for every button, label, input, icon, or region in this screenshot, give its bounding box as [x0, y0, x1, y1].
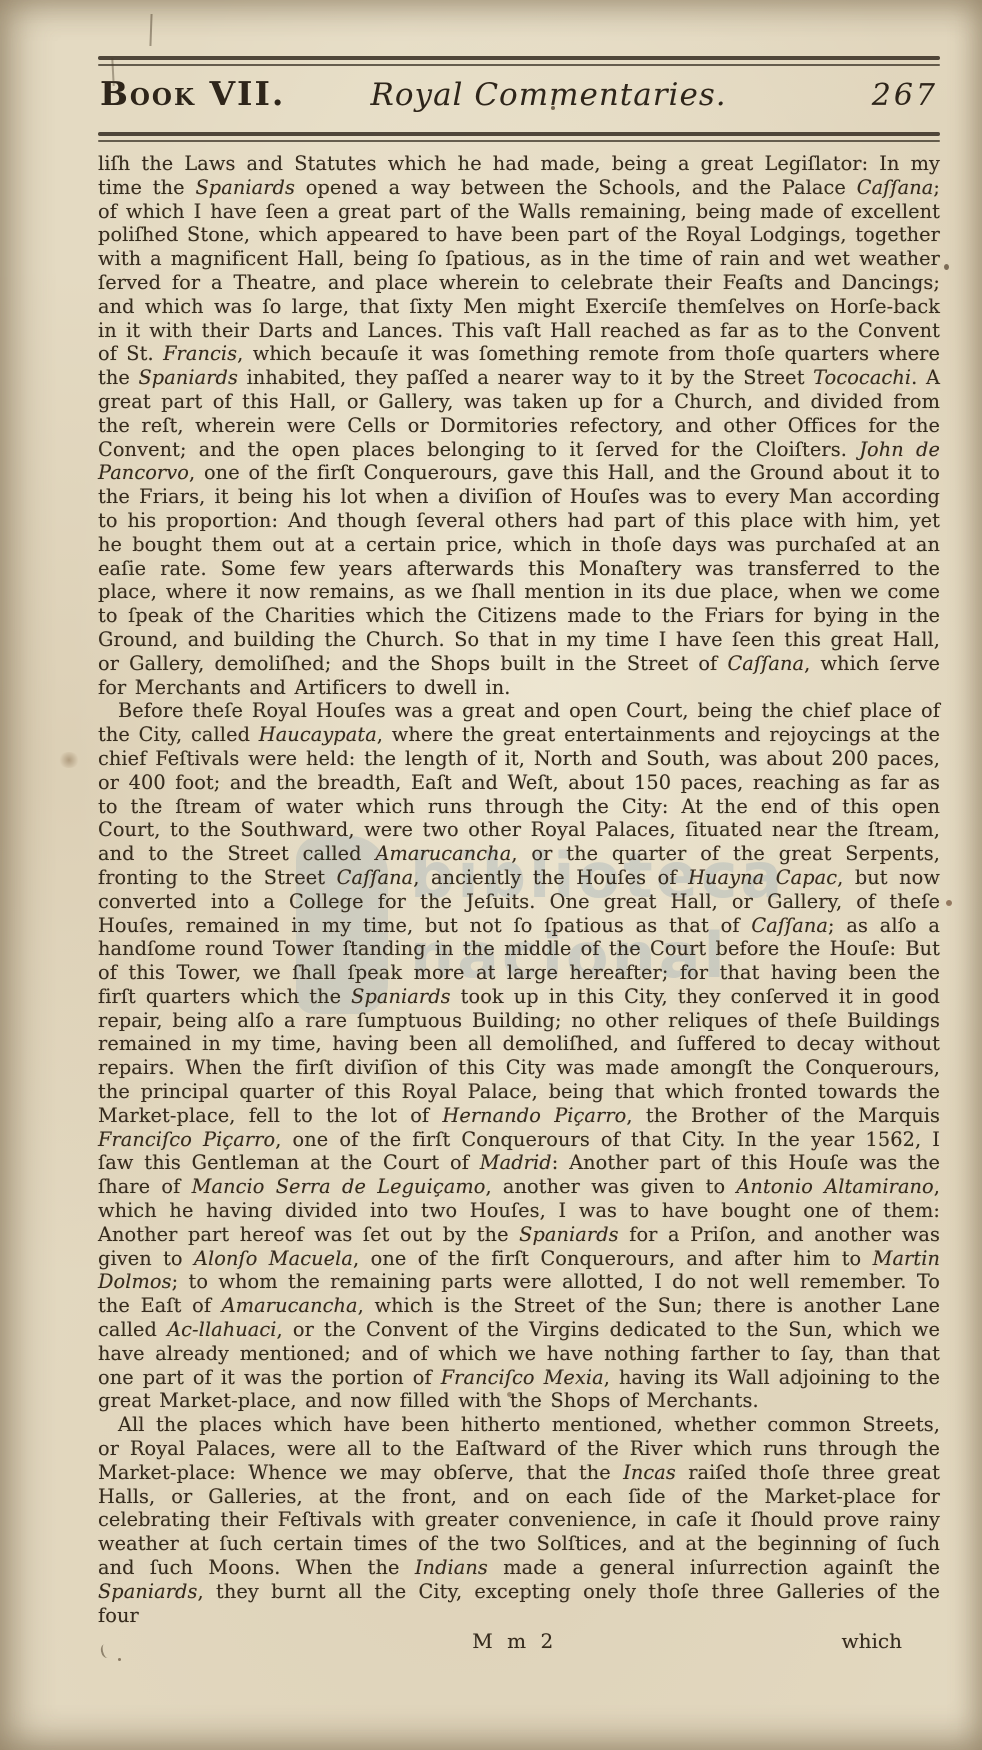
italic-text: Francis: [163, 342, 237, 365]
body-text-run: , anciently the Houſes of: [413, 866, 688, 889]
body-text-run: made a general inſurrection againſt the: [488, 1556, 940, 1579]
book-page: biblioteca nacional Book VII. Royal Comm…: [0, 0, 982, 1750]
body-text-run: , another was given to: [485, 1175, 736, 1198]
stray-mark: [149, 14, 152, 46]
body-text-run: , one of the firſt Conquerours, gave thi…: [98, 461, 940, 674]
page-number: 267: [872, 78, 938, 113]
italic-text: Incas: [623, 1461, 676, 1484]
ink-stain: [58, 752, 80, 768]
paragraph: liſh the Laws and Statutes which he had …: [98, 152, 940, 699]
italic-text: Caſſana: [751, 914, 828, 937]
italic-text: Franciſco Piçarro: [98, 1128, 275, 1151]
body-text-run: ; of which I have ſeen a great part of t…: [98, 176, 940, 366]
running-header: Book VII. Royal Commentaries. 267: [98, 66, 940, 132]
running-title: Royal Commentaries.: [285, 77, 871, 113]
italic-text: Alonſo Macuela: [194, 1247, 353, 1270]
header-bottom-rule-thick: [98, 132, 940, 136]
paper-speck: [946, 900, 952, 906]
italic-text: Mancio Serra de Leguiçamo: [192, 1175, 486, 1198]
italic-text: Madrid: [480, 1151, 552, 1174]
top-rule-thin: [98, 64, 940, 66]
text-block: Book VII. Royal Commentaries. 267 liſh t…: [98, 56, 940, 1659]
italic-text: Spaniards: [139, 366, 238, 389]
italic-text: Caſſana: [337, 866, 414, 889]
body-text-run: , they burnt all the City, excepting one…: [98, 1580, 940, 1627]
body-text: liſh the Laws and Statutes which he had …: [98, 152, 940, 1627]
italic-text: Indians: [415, 1556, 488, 1579]
italic-text: Spaniards: [195, 176, 294, 199]
page-footer: M m 2 which: [98, 1629, 940, 1659]
italic-text: Huayna Capac: [688, 866, 837, 889]
italic-text: Hernando Piçarro: [442, 1104, 626, 1127]
italic-text: Caſſana: [727, 652, 804, 675]
body-text-run: , one of the firſt Conquerours, and afte…: [353, 1247, 873, 1270]
top-rule-thick: [98, 56, 940, 60]
body-text-run: , the Brother of the Marquis: [626, 1104, 940, 1127]
italic-text: Ac-llahuaci: [167, 1318, 276, 1341]
italic-text: Tococachi: [813, 366, 911, 389]
italic-text: Caſſana: [857, 176, 934, 199]
catchword: which: [842, 1629, 902, 1653]
body-text-run: opened a way between the Schools, and th…: [295, 176, 857, 199]
body-text-run: inhabited, they paſſed a nearer way to i…: [238, 366, 813, 389]
italic-text: Spaniards: [351, 985, 450, 1008]
italic-text: Antonio Altamirano: [736, 1175, 933, 1198]
signature-mark: M m 2: [472, 1629, 557, 1653]
italic-text: Haucaypata: [259, 723, 377, 746]
italic-text: Spaniards: [519, 1223, 618, 1246]
header-bottom-rule-thin: [98, 140, 940, 142]
italic-text: Amarucancha: [375, 842, 511, 865]
paragraph: All the places which have been hitherto …: [98, 1413, 940, 1627]
italic-text: Spaniards: [98, 1580, 197, 1603]
paper-speck: [944, 264, 949, 270]
italic-text: Amarucancha: [222, 1294, 358, 1317]
paragraph: Before theſe Royal Houſes was a great an…: [98, 699, 940, 1413]
book-label: Book VII.: [100, 74, 285, 113]
italic-text: Franciſco Mexia: [441, 1366, 604, 1389]
